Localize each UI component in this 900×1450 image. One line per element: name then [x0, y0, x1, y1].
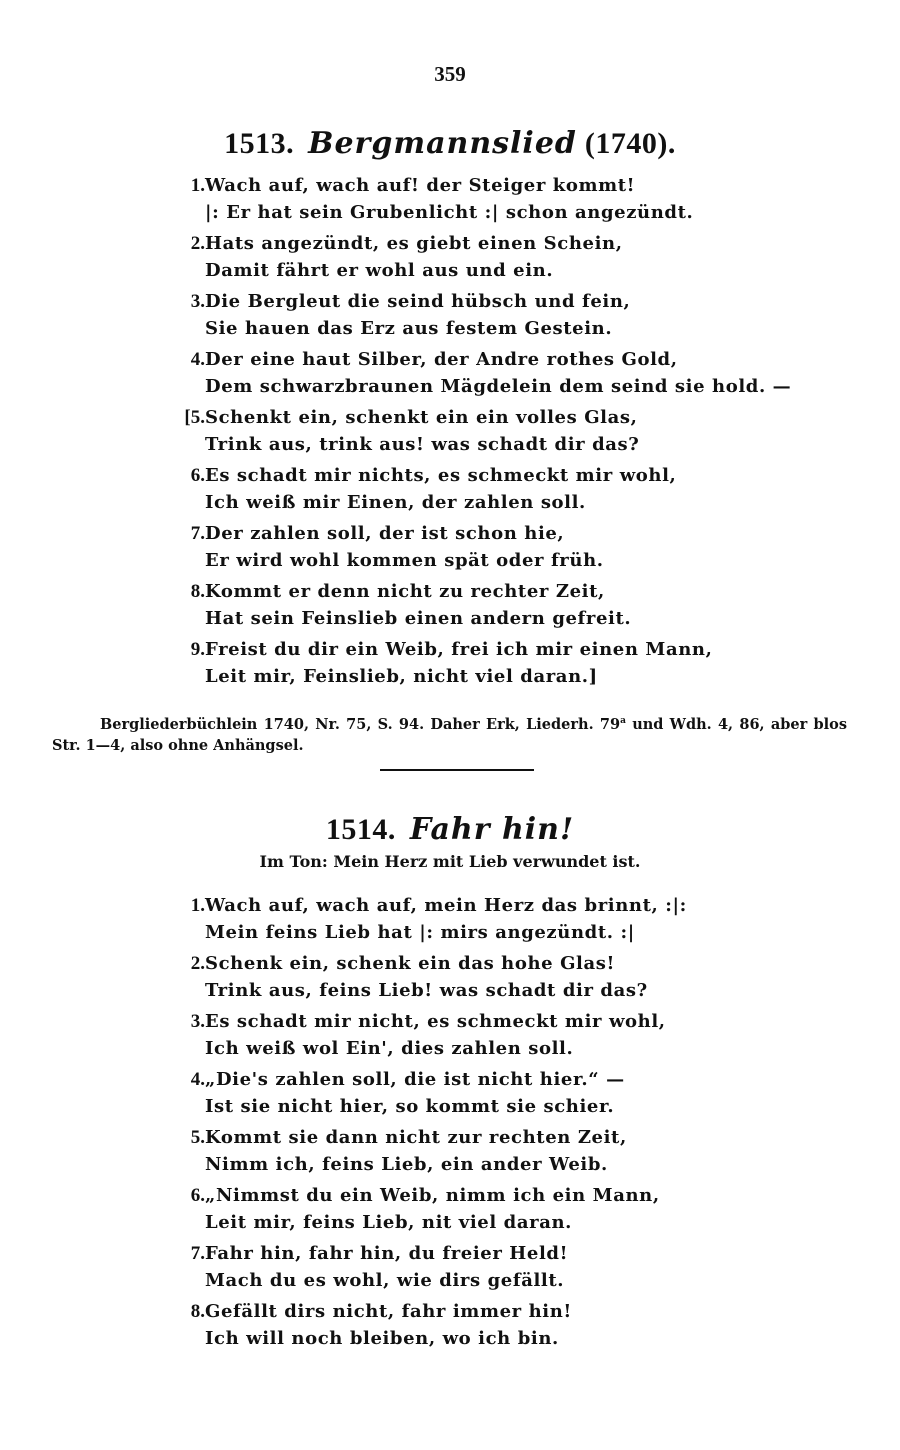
verse-number: 2.: [175, 950, 205, 977]
note-text: Bergliederbüchlein 1740, Nr. 75, S. 94. …: [100, 716, 620, 733]
song-number: 1514.: [326, 813, 396, 846]
verse-line: Es schadt mir nichts, es schmeckt mir wo…: [205, 462, 795, 489]
verse: 2.Hats angezündt, es giebt einen Schein,…: [175, 230, 795, 284]
verse: 1.Wach auf, wach auf! der Steiger kommt!…: [175, 172, 795, 226]
verse-line: Kommt er denn nicht zu rechter Zeit,: [205, 578, 795, 605]
verse-number: 8.: [175, 578, 205, 605]
verse-number: 6.: [175, 462, 205, 489]
verse-line: Wach auf, wach auf! der Steiger kommt!: [205, 172, 795, 199]
verse-line: Leit mir, Feinslieb, nicht viel daran.]: [205, 663, 795, 690]
song-number: 1513.: [224, 127, 294, 160]
verse-line: Es schadt mir nicht, es schmeckt mir woh…: [205, 1008, 795, 1035]
verse-line: Der zahlen soll, der ist schon hie,: [205, 520, 795, 547]
verse-number: 8.: [175, 1298, 205, 1325]
source-note-1513: Bergliederbüchlein 1740, Nr. 75, S. 94. …: [52, 711, 847, 756]
verse-number: 3.: [175, 288, 205, 315]
verse-line: Leit mir, feins Lieb, nit viel daran.: [205, 1209, 795, 1236]
verse-line: Sie hauen das Erz aus festem Gestein.: [205, 315, 795, 342]
song-title-1513: 1513.Bergmannslied (1740).: [0, 126, 900, 161]
song-name: Fahr hin!: [410, 812, 574, 847]
song-title-1514: 1514.Fahr hin!: [0, 812, 900, 847]
verse-number: 7.: [175, 1240, 205, 1267]
verse: 8.Gefällt dirs nicht, fahr immer hin!Ich…: [175, 1298, 795, 1352]
verse-line: Die Bergleut die seind hübsch und fein,: [205, 288, 795, 315]
verse: 7.Fahr hin, fahr hin, du freier Held!Mac…: [175, 1240, 795, 1294]
verse-line: Fahr hin, fahr hin, du freier Held!: [205, 1240, 795, 1267]
verse-list-1514: 1.Wach auf, wach auf, mein Herz das brin…: [175, 892, 795, 1356]
verse-number: 7.: [175, 520, 205, 547]
verse: 3.Es schadt mir nicht, es schmeckt mir w…: [175, 1008, 795, 1062]
verse: 7.Der zahlen soll, der ist schon hie,Er …: [175, 520, 795, 574]
verse-line: |: Er hat sein Grubenlicht :| schon ange…: [205, 199, 795, 226]
song-year: (1740).: [585, 127, 676, 160]
verse-list-1513: 1.Wach auf, wach auf! der Steiger kommt!…: [175, 172, 795, 694]
song-name: Bergmannslied: [308, 126, 577, 161]
verse: 2.Schenk ein, schenk ein das hohe Glas!T…: [175, 950, 795, 1004]
verse-line: Hats angezündt, es giebt einen Schein,: [205, 230, 795, 257]
section-divider: [380, 769, 534, 771]
verse-number: [5.: [163, 404, 205, 431]
verse: 1.Wach auf, wach auf, mein Herz das brin…: [175, 892, 795, 946]
verse: 5.Kommt sie dann nicht zur rechten Zeit,…: [175, 1124, 795, 1178]
verse-line: Er wird wohl kommen spät oder früh.: [205, 547, 795, 574]
verse-line: Freist du dir ein Weib, frei ich mir ein…: [205, 636, 795, 663]
verse-number: 1.: [175, 172, 205, 199]
page-number: 359: [0, 62, 900, 87]
verse-line: Ist sie nicht hier, so kommt sie schier.: [205, 1093, 795, 1120]
verse-line: Ich weiß wol Ein', dies zahlen soll.: [205, 1035, 795, 1062]
verse-line: „Nimmst du ein Weib, nimm ich ein Mann,: [205, 1182, 795, 1209]
verse: 6.Es schadt mir nichts, es schmeckt mir …: [175, 462, 795, 516]
verse: 4.„Die's zahlen soll, die ist nicht hier…: [175, 1066, 795, 1120]
verse-number: 2.: [175, 230, 205, 257]
verse: 3.Die Bergleut die seind hübsch und fein…: [175, 288, 795, 342]
verse-line: Trink aus, feins Lieb! was schadt dir da…: [205, 977, 795, 1004]
verse-line: Ich will noch bleiben, wo ich bin.: [205, 1325, 795, 1352]
song-subtitle: Im Ton: Mein Herz mit Lieb verwundet ist…: [0, 852, 900, 871]
verse-line: „Die's zahlen soll, die ist nicht hier.“…: [205, 1066, 795, 1093]
verse: 9.Freist du dir ein Weib, frei ich mir e…: [175, 636, 795, 690]
verse-line: Trink aus, trink aus! was schadt dir das…: [205, 431, 795, 458]
verse-number: 9.: [175, 636, 205, 663]
verse-line: Mach du es wohl, wie dirs gefällt.: [205, 1267, 795, 1294]
verse-line: Damit fährt er wohl aus und ein.: [205, 257, 795, 284]
verse-line: Dem schwarzbraunen Mägdelein dem seind s…: [205, 373, 795, 400]
verse-line: Gefällt dirs nicht, fahr immer hin!: [205, 1298, 795, 1325]
verse-line: Kommt sie dann nicht zur rechten Zeit,: [205, 1124, 795, 1151]
verse-number: 3.: [175, 1008, 205, 1035]
verse: 6.„Nimmst du ein Weib, nimm ich ein Mann…: [175, 1182, 795, 1236]
verse-line: Wach auf, wach auf, mein Herz das brinnt…: [205, 892, 795, 919]
verse-line: Schenkt ein, schenkt ein ein volles Glas…: [205, 404, 795, 431]
verse: 4.Der eine haut Silber, der Andre rothes…: [175, 346, 795, 400]
verse-line: Der eine haut Silber, der Andre rothes G…: [205, 346, 795, 373]
verse-line: Hat sein Feinslieb einen andern gefreit.: [205, 605, 795, 632]
verse-number: 6.: [175, 1182, 205, 1209]
verse-number: 5.: [175, 1124, 205, 1151]
verse-number: 1.: [175, 892, 205, 919]
verse-line: Mein feins Lieb hat |: mirs angezündt. :…: [205, 919, 795, 946]
verse: 8.Kommt er denn nicht zu rechter Zeit,Ha…: [175, 578, 795, 632]
verse-line: Schenk ein, schenk ein das hohe Glas!: [205, 950, 795, 977]
verse-number: 4.: [175, 1066, 205, 1093]
verse: [5.Schenkt ein, schenkt ein ein volles G…: [175, 404, 795, 458]
verse-line: Ich weiß mir Einen, der zahlen soll.: [205, 489, 795, 516]
verse-number: 4.: [175, 346, 205, 373]
verse-line: Nimm ich, feins Lieb, ein ander Weib.: [205, 1151, 795, 1178]
